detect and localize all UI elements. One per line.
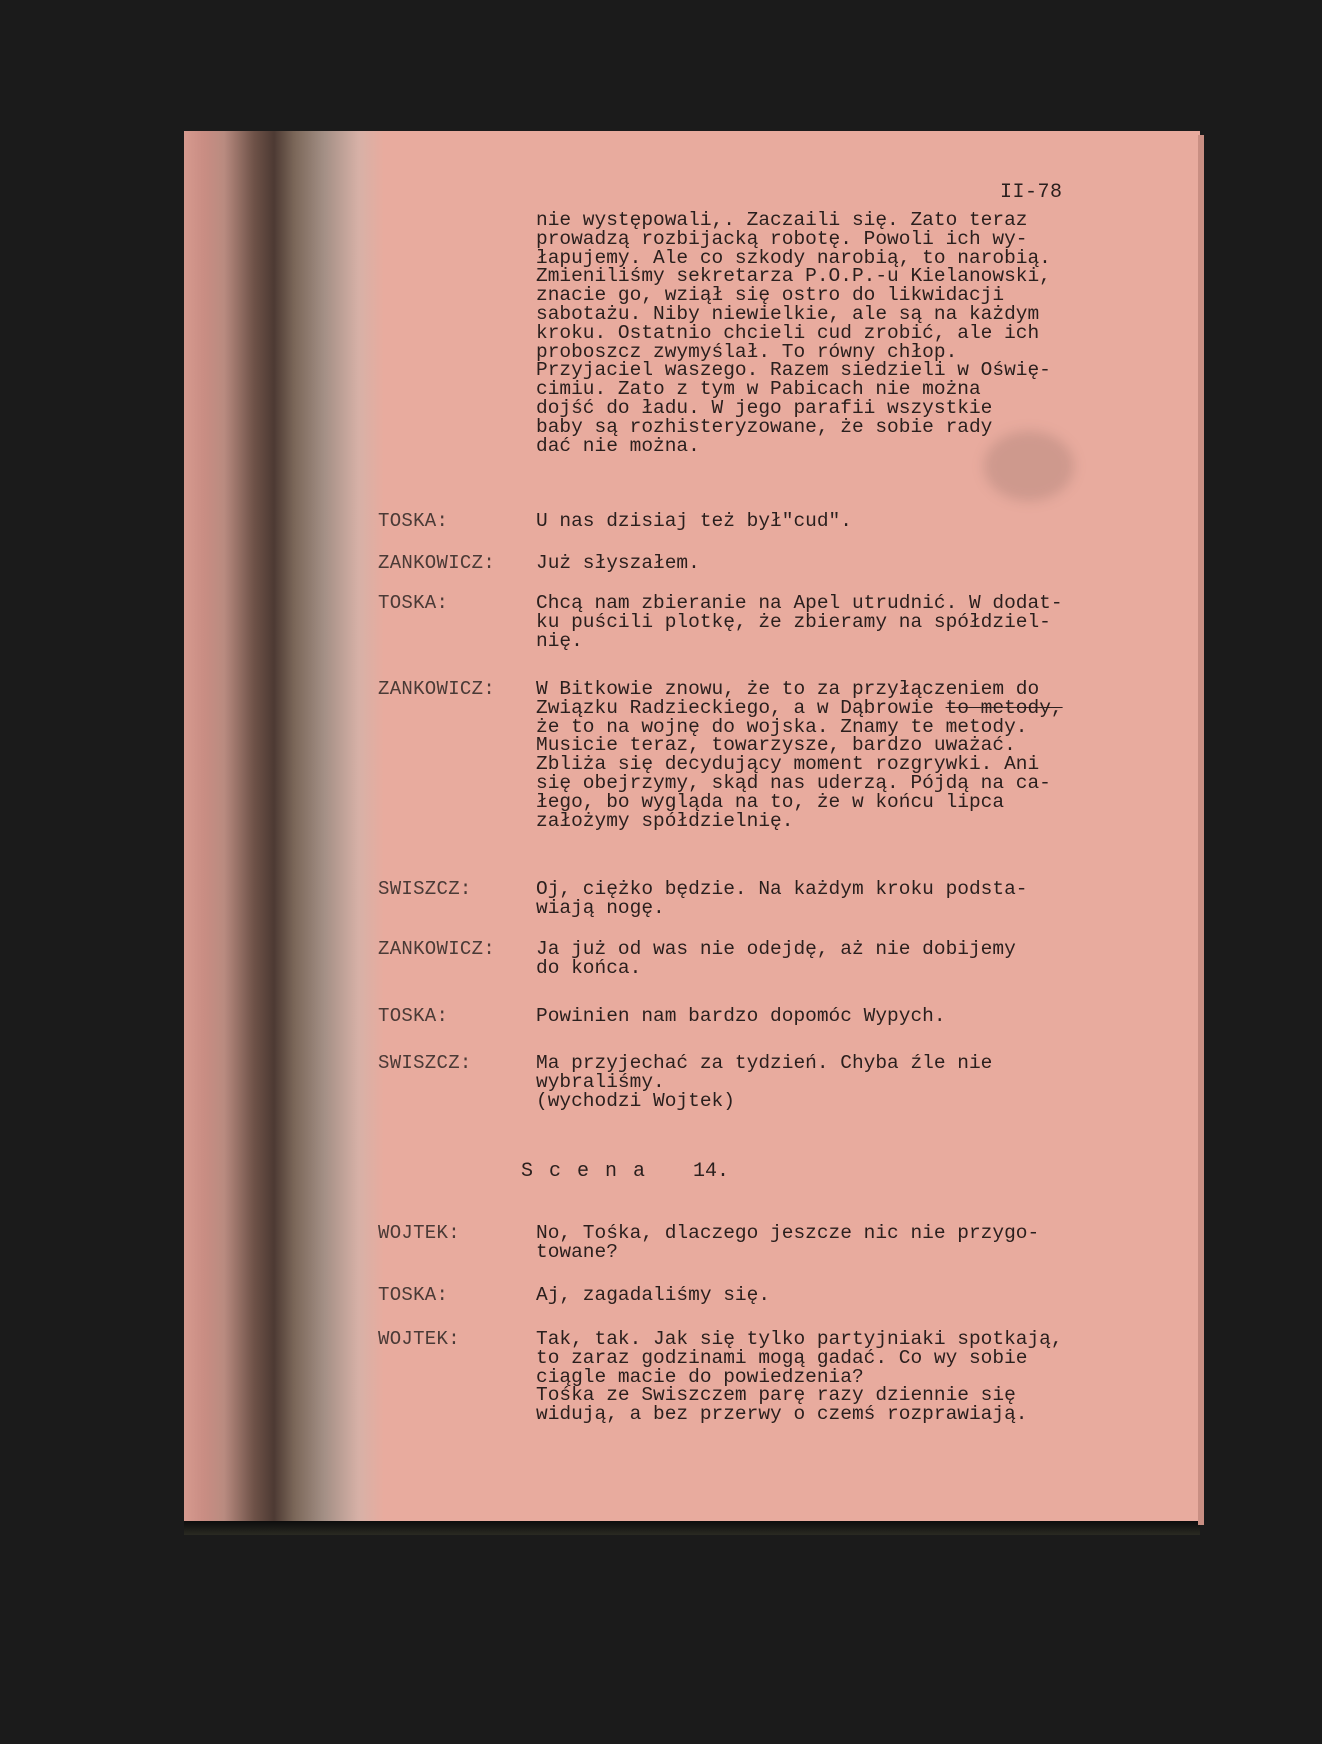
text-line: Oj, ciężko będzie. Na każdym kroku podst…	[536, 880, 1136, 899]
speaker-name: TOSKA:	[378, 512, 448, 531]
text-line: dać nie można.	[536, 437, 1136, 456]
text-line: nię.	[536, 632, 1136, 651]
speaker-name: WOJTEK:	[378, 1224, 460, 1243]
speaker-name: TOSKA:	[378, 594, 448, 613]
speaker-name: ZANKOWICZ:	[378, 680, 495, 699]
speaker-name: ZANKOWICZ:	[378, 940, 495, 959]
page-number: II-78	[1000, 181, 1063, 204]
text-line: (wychodzi Wojtek)	[536, 1092, 1136, 1111]
text-line: widują, a bez przerwy o czemś rozprawiaj…	[536, 1405, 1136, 1424]
speaker-name: TOSKA:	[378, 1286, 448, 1305]
text-line: wiają nogę.	[536, 899, 1136, 918]
dialogue-line: W Bitkowie znowu, że to za przyłączeniem…	[536, 680, 1136, 830]
text-line: wybraliśmy.	[536, 1073, 1136, 1092]
dialogue-line: Już słyszałem.	[536, 554, 1136, 573]
dialogue-line: Aj, zagadaliśmy się.	[536, 1286, 1136, 1305]
text-line: baby są rozhisteryzowane, że sobie rady	[536, 418, 1136, 437]
text-line: Ma przyjechać za tydzień. Chyba źle nie	[536, 1054, 1136, 1073]
dialogue-line: Chcą nam zbieranie na Apel utrudnić. W d…	[536, 594, 1136, 650]
text-line: Ja już od was nie odejdę, aż nie dobijem…	[536, 940, 1136, 959]
speaker-name: ZANKOWICZ:	[378, 554, 495, 573]
scene-heading: S c e n a 14.	[521, 1160, 729, 1183]
intro-paragraph: nie występowali,. Zaczaili się. Zato ter…	[536, 211, 1136, 455]
text-line: to zaraz godzinami mogą gadać. Co wy sob…	[536, 1349, 1136, 1368]
dialogue-line: Tak, tak. Jak się tylko partyjniaki spot…	[536, 1330, 1136, 1424]
text-line: Aj, zagadaliśmy się.	[536, 1286, 1136, 1305]
text-line: ku puścili plotkę, że zbieramy na spółdz…	[536, 613, 1136, 632]
dialogue-line: No, Tośka, dlaczego jeszcze nic nie przy…	[536, 1224, 1136, 1262]
text-line: Chcą nam zbieranie na Apel utrudnić. W d…	[536, 594, 1136, 613]
text-line: Powinien nam bardzo dopomóc Wypych.	[536, 1007, 1136, 1026]
text-line: Już słyszałem.	[536, 554, 1136, 573]
text-line: Związku Radzieckiego, a w Dąbrowie to me…	[536, 699, 1136, 718]
text-line: No, Tośka, dlaczego jeszcze nic nie przy…	[536, 1224, 1136, 1243]
text-line: kroku. Ostatnio chcieli cud zrobić, ale …	[536, 324, 1136, 343]
text-line: prowadzą rozbijacką robotę. Powoli ich w…	[536, 230, 1136, 249]
text-line: do końca.	[536, 959, 1136, 978]
speaker-name: WOJTEK:	[378, 1330, 460, 1349]
text-line: łego, bo wygląda na to, że w końcu lipca	[536, 793, 1136, 812]
dialogue-line: Powinien nam bardzo dopomóc Wypych.	[536, 1007, 1136, 1026]
text-line: dojść do ładu. W jego parafii wszystkie	[536, 399, 1136, 418]
text-line: sabotażu. Niby niewielkie, ale są na każ…	[536, 305, 1136, 324]
text-line: U nas dzisiaj też był"cud".	[536, 512, 1136, 531]
book-gutter-shadow	[184, 131, 384, 1521]
speaker-name: TOSKA:	[378, 1007, 448, 1026]
dialogue-line: Ja już od was nie odejdę, aż nie dobijem…	[536, 940, 1136, 978]
text-line: Tak, tak. Jak się tylko partyjniaki spot…	[536, 1330, 1136, 1349]
speaker-name: SWISZCZ:	[378, 1054, 472, 1073]
dialogue-line: Ma przyjechać za tydzień. Chyba źle niew…	[536, 1054, 1136, 1110]
text-line: się obejrzymy, skąd nas uderzą. Pójdą na…	[536, 774, 1136, 793]
dialogue-line: Oj, ciężko będzie. Na każdym kroku podst…	[536, 880, 1136, 918]
text-line: towane?	[536, 1243, 1136, 1262]
text-line: założymy spółdzielnię.	[536, 812, 1136, 831]
dialogue-line: U nas dzisiaj też był"cud".	[536, 512, 1136, 531]
page-bottom-edge	[184, 1521, 1200, 1535]
text-line: nie występowali,. Zaczaili się. Zato ter…	[536, 211, 1136, 230]
speaker-name: SWISZCZ:	[378, 880, 472, 899]
